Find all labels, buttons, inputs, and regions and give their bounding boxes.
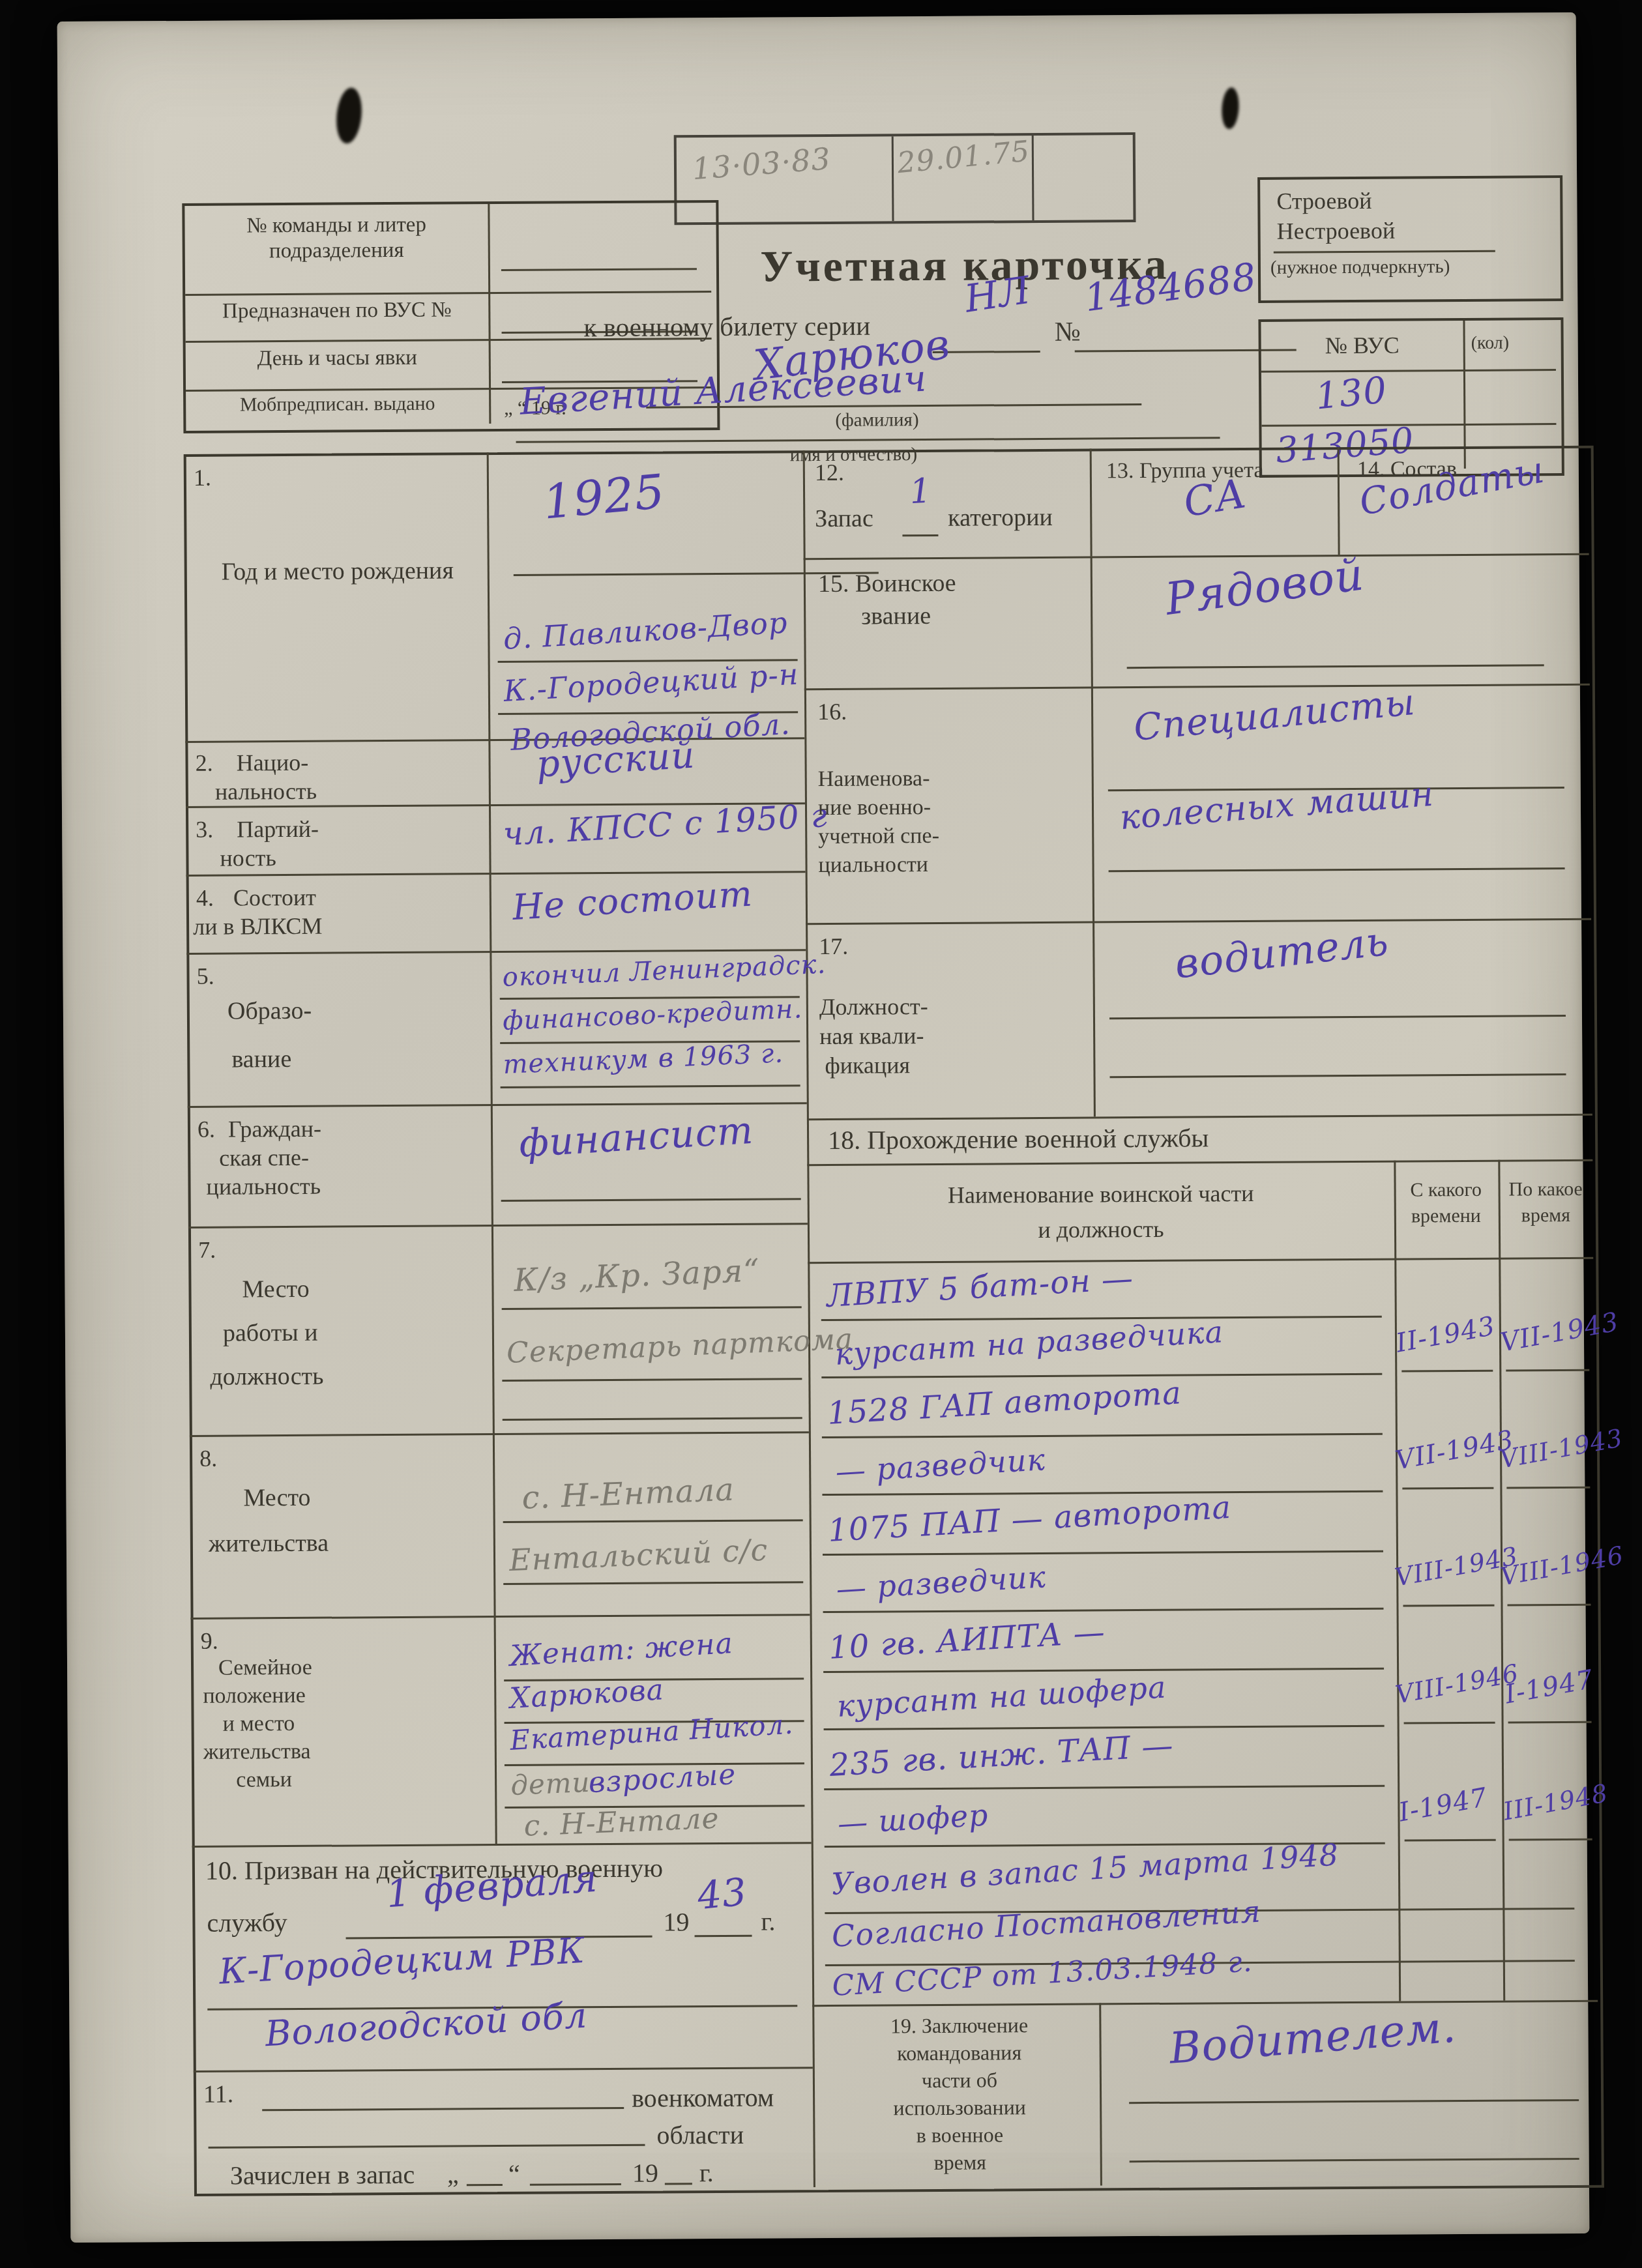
s18-col2-header-b: времени bbox=[1396, 1204, 1497, 1228]
s11-suffix-2: области bbox=[656, 2119, 744, 2151]
s7-label-2: работы и bbox=[223, 1318, 318, 1348]
s18-col2-header-a: С какого bbox=[1395, 1178, 1496, 1202]
s18-col1-header-b: и должность bbox=[814, 1214, 1388, 1245]
s8-label-2: жительства bbox=[209, 1529, 329, 1559]
s1-number: 1. bbox=[194, 464, 211, 492]
s19-label-3: части об bbox=[819, 2067, 1100, 2093]
reserve-category-handwritten: 1 bbox=[909, 471, 933, 512]
noncombat-label: Нестроевой bbox=[1276, 217, 1395, 246]
s4-number: 4. bbox=[196, 884, 214, 912]
unit-box-divider bbox=[488, 204, 491, 424]
rule-line bbox=[902, 534, 938, 536]
vus-value-1: 130 bbox=[1313, 369, 1388, 418]
s9-label-1: Семейное bbox=[218, 1655, 312, 1681]
name-line bbox=[516, 437, 1220, 443]
rule-line bbox=[467, 2184, 503, 2186]
underline bbox=[1274, 250, 1495, 254]
s16-label-4: циальности bbox=[818, 852, 928, 879]
s16-number: 16. bbox=[817, 698, 847, 726]
s10-year-print: 19 bbox=[663, 1906, 689, 1937]
s11-quote-open: „ bbox=[447, 2159, 459, 2189]
s8-label-1: Место bbox=[243, 1483, 310, 1513]
family-line4-pencil: дети bbox=[510, 1766, 591, 1801]
s12-word2: категории bbox=[948, 503, 1053, 533]
rule-line bbox=[695, 1935, 752, 1938]
s6-label-3: циальность bbox=[206, 1172, 321, 1201]
s7-number: 7. bbox=[198, 1236, 216, 1264]
s15-label-2: звание bbox=[861, 602, 931, 631]
s18-col3-header-b: время bbox=[1502, 1204, 1590, 1227]
s16-label-1: Наименова- bbox=[818, 766, 930, 792]
s17-label-3: фикация bbox=[825, 1051, 910, 1079]
s4-label-1: Состоит bbox=[233, 884, 316, 912]
s12-word1: Запас bbox=[815, 504, 873, 534]
s11-g: г. bbox=[699, 2157, 714, 2188]
s5-label-1: Образо- bbox=[227, 996, 312, 1026]
s19-label-5: в военное bbox=[819, 2122, 1100, 2148]
unit-number-label: № команды и литер подразделения bbox=[191, 212, 481, 265]
conscription-year-handwritten: 43 bbox=[696, 1869, 749, 1918]
s3-label-1: Партий- bbox=[237, 815, 319, 843]
s1-label: Год и место рождения bbox=[211, 547, 465, 596]
s11-reserve-label: Зачислен в запас bbox=[230, 2159, 415, 2191]
report-time-label: День и часы явки bbox=[192, 345, 482, 372]
birth-year-handwritten: 1925 bbox=[541, 463, 667, 529]
vus-number-header: № ВУС bbox=[1261, 331, 1463, 360]
s7-label-3: должность bbox=[210, 1362, 323, 1392]
s19-label-4: использовании bbox=[819, 2095, 1100, 2121]
s17-label-2: ная квали- bbox=[819, 1022, 924, 1050]
s3-label-2: ность bbox=[220, 844, 276, 872]
s11-quote-close: “ bbox=[508, 2159, 520, 2189]
s16-label-2: ние военно- bbox=[818, 794, 931, 821]
s9-number: 9. bbox=[201, 1627, 218, 1655]
s2-label-1: Нацио- bbox=[236, 749, 308, 777]
s17-label-1: Должност- bbox=[819, 993, 928, 1021]
stamp-divider bbox=[1032, 136, 1034, 220]
s19-label-2: командования bbox=[819, 2040, 1100, 2066]
vus-line bbox=[1261, 369, 1556, 373]
s3-number: 3. bbox=[196, 816, 213, 844]
s2-number: 2. bbox=[195, 749, 213, 778]
s11-suffix-1: военкоматом bbox=[632, 2082, 774, 2114]
s6-label-1: Граждан- bbox=[228, 1115, 321, 1143]
record-group-handwritten: СА bbox=[1180, 469, 1250, 527]
s17-number: 17. bbox=[819, 933, 848, 961]
s18-col1-header-a: Наименование воинской части bbox=[814, 1179, 1388, 1210]
s10-label-2: службу bbox=[207, 1907, 287, 1938]
s11-number: 11. bbox=[203, 2080, 233, 2110]
s19-label-1: 19. Заключение bbox=[819, 2013, 1099, 2039]
number-sign: № bbox=[1054, 317, 1080, 349]
rule-line bbox=[665, 2183, 692, 2185]
registration-card-paper: 13·03·83 29.01.75 № команды и литер подр… bbox=[57, 12, 1590, 2243]
surname-caption: (фамилия) bbox=[835, 409, 918, 431]
mob-order-label: Мобпредпи­сан. выдано bbox=[192, 392, 482, 416]
s7-label-1: Место bbox=[242, 1275, 309, 1304]
s9-label-4: жительства bbox=[203, 1739, 311, 1766]
underline-note: (нужное подчеркнуть) bbox=[1270, 255, 1450, 279]
vus-code-header: (кол) bbox=[1471, 332, 1510, 354]
stamp-divider bbox=[892, 136, 894, 221]
combat-label: Строевой bbox=[1276, 187, 1371, 215]
s2-label-2: нальность bbox=[215, 778, 317, 806]
s19-label-6: время bbox=[820, 2149, 1100, 2175]
s11-year: 19 bbox=[632, 2158, 658, 2188]
s5-number: 5. bbox=[196, 963, 214, 991]
combat-category-box: Строевой Нестроевой (нужное подчеркнуть) bbox=[1257, 175, 1563, 303]
s16-label-3: учетной спе- bbox=[818, 823, 939, 850]
series-handwritten: НЛ bbox=[962, 268, 1034, 321]
hole-punch-left bbox=[334, 87, 364, 145]
s6-label-2: ская спе- bbox=[219, 1144, 309, 1172]
s18-title: 18. Прохождение военной службы bbox=[828, 1122, 1209, 1156]
s9-label-5: семьи bbox=[236, 1767, 292, 1794]
s9-label-2: положение bbox=[203, 1683, 306, 1709]
vus-purpose-label: Предназначен по ВУС № bbox=[192, 297, 482, 325]
hole-punch-right bbox=[1220, 87, 1240, 130]
s12-number: 12. bbox=[815, 459, 844, 487]
s8-number: 8. bbox=[199, 1445, 217, 1473]
s4-label-2: ли в ВЛКСМ bbox=[193, 912, 323, 941]
s10-year-suffix: г. bbox=[761, 1906, 775, 1936]
s5-label-2: вание bbox=[231, 1045, 291, 1074]
s6-number: 6. bbox=[198, 1116, 215, 1144]
s15-label-1: 15. Воинское bbox=[818, 569, 956, 599]
s18-col3-header-a: По какое bbox=[1501, 1178, 1589, 1201]
s9-label-3: и место bbox=[222, 1711, 295, 1737]
